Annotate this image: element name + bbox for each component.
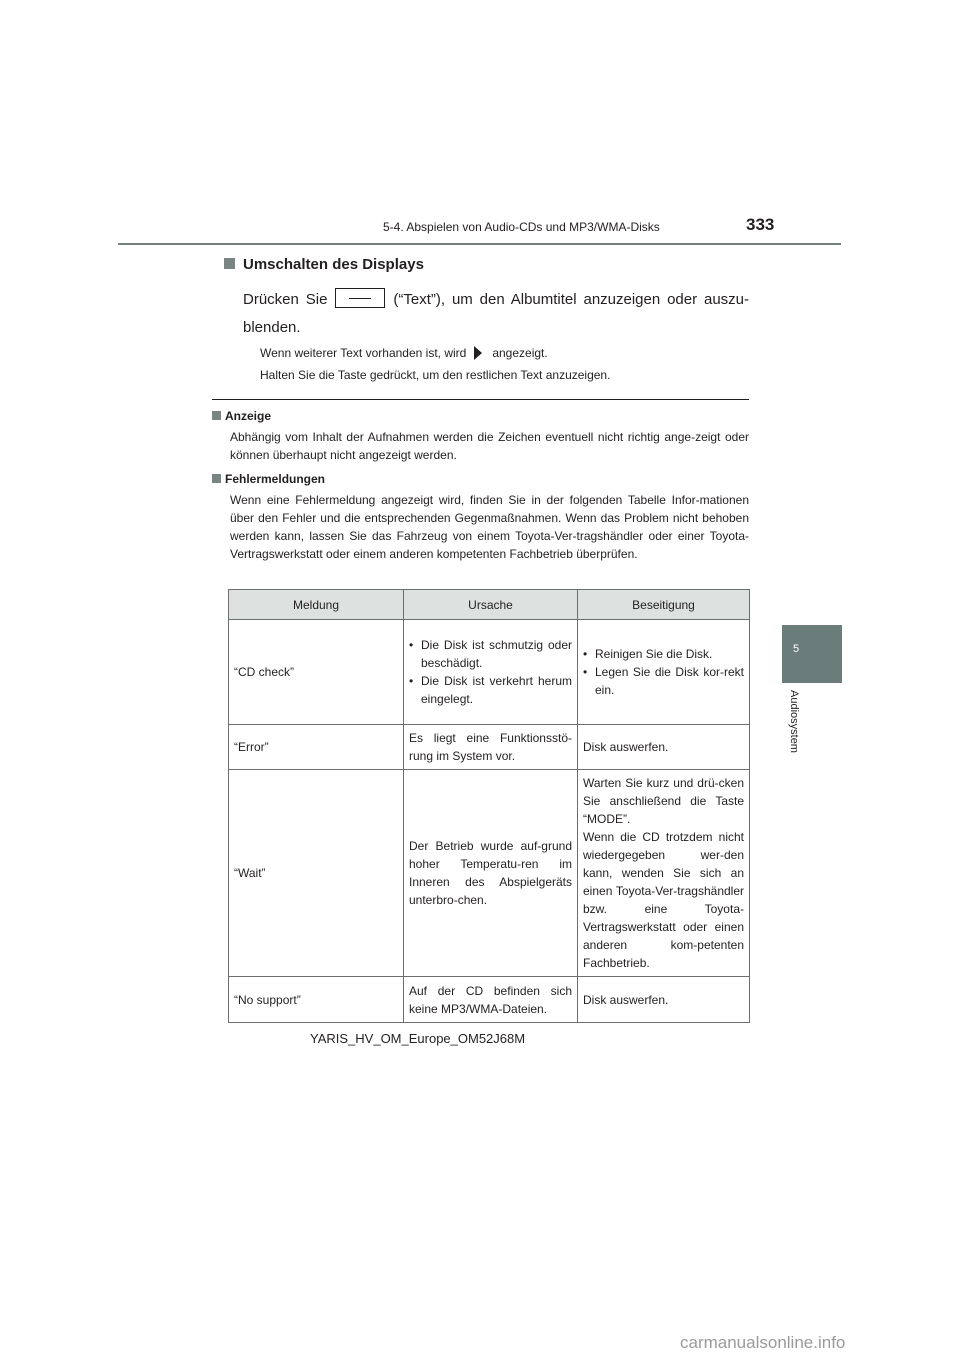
table-row: “No support” Auf der CD befinden sich ke…	[229, 977, 750, 1023]
fehlermeldungen-title-text: Fehlermeldungen	[225, 472, 325, 486]
section-divider	[212, 399, 749, 400]
table-row: “Wait” Der Betrieb wurde auf-grund hoher…	[229, 770, 750, 977]
cell-meldung: “Error”	[229, 725, 404, 770]
anzeige-title-text: Anzeige	[225, 409, 271, 423]
square-bullet-icon	[212, 474, 221, 483]
header-divider	[118, 243, 841, 245]
column-header-ursache: Ursache	[404, 590, 578, 620]
square-bullet-icon	[224, 258, 235, 269]
note1-text-before: Wenn weiterer Text vorhanden ist, wird	[260, 346, 466, 360]
right-triangle-icon	[474, 346, 482, 360]
watermark-link[interactable]: carmanualsonline.info	[680, 1333, 845, 1353]
table-row: “Error” Es liegt eine Funktionsstö-rung …	[229, 725, 750, 770]
text-button-icon	[335, 288, 385, 308]
document-id-footer: YARIS_HV_OM_Europe_OM52J68M	[310, 1031, 525, 1046]
column-header-beseitigung: Beseitigung	[578, 590, 750, 620]
cell-beseitigung: Reinigen Sie die Disk. Legen Sie die Dis…	[578, 620, 750, 725]
page-number: 333	[746, 215, 774, 235]
cell-beseitigung: Warten Sie kurz und drü-cken Sie anschli…	[578, 770, 750, 977]
list-item: Legen Sie die Disk kor-rekt ein.	[583, 663, 744, 699]
table-row: “CD check” Die Disk ist schmutzig oder b…	[229, 620, 750, 725]
display-instruction: Drücken Sie(“Text”), um den Albumtitel a…	[243, 286, 749, 342]
cell-beseitigung: Disk auswerfen.	[578, 977, 750, 1023]
square-bullet-icon	[212, 411, 221, 420]
cell-meldung: “Wait”	[229, 770, 404, 977]
beseitigung-step-1: Warten Sie kurz und drü-cken Sie anschli…	[583, 774, 744, 828]
subsection-title-fehlermeldungen: Fehlermeldungen	[212, 472, 325, 486]
list-item: Reinigen Sie die Disk.	[583, 645, 744, 663]
section-title-text: Umschalten des Displays	[243, 256, 424, 273]
cell-meldung: “No support”	[229, 977, 404, 1023]
section-header: 5-4. Abspielen von Audio-CDs und MP3/WMA…	[383, 220, 660, 234]
error-messages-table: Meldung Ursache Beseitigung “CD check” D…	[228, 589, 750, 1023]
subsection-title-anzeige: Anzeige	[212, 409, 271, 423]
beseitigung-step-2: Wenn die CD trotzdem nicht wiedergegeben…	[583, 828, 744, 972]
cell-ursache: Es liegt eine Funktionsstö-rung im Syste…	[404, 725, 578, 770]
chapter-label: Audiosystem	[788, 690, 800, 753]
chapter-number: 5	[793, 643, 799, 655]
table-header-row: Meldung Ursache Beseitigung	[229, 590, 750, 620]
fehlermeldungen-text: Wenn eine Fehlermeldung angezeigt wird, …	[230, 491, 749, 563]
cell-ursache: Die Disk ist schmutzig oder beschädigt. …	[404, 620, 578, 725]
cell-ursache: Der Betrieb wurde auf-grund hoher Temper…	[404, 770, 578, 977]
chapter-tab	[782, 625, 842, 683]
cell-ursache: Auf der CD befinden sich keine MP3/WMA-D…	[404, 977, 578, 1023]
note-more-text: Wenn weiterer Text vorhanden ist, wirdan…	[260, 346, 548, 360]
column-header-meldung: Meldung	[229, 590, 404, 620]
cell-meldung: “CD check”	[229, 620, 404, 725]
list-item: Die Disk ist schmutzig oder beschädigt.	[409, 636, 572, 672]
list-item: Die Disk ist verkehrt herum eingelegt.	[409, 672, 572, 708]
anzeige-text: Abhängig vom Inhalt der Aufnahmen werden…	[230, 428, 749, 464]
note-hold-button: Halten Sie die Taste gedrückt, um den re…	[260, 368, 610, 382]
cell-beseitigung: Disk auswerfen.	[578, 725, 750, 770]
section-title-display: Umschalten des Displays	[224, 256, 424, 273]
note1-text-after: angezeigt.	[492, 346, 547, 360]
instruction-text-before: Drücken Sie	[243, 291, 327, 308]
